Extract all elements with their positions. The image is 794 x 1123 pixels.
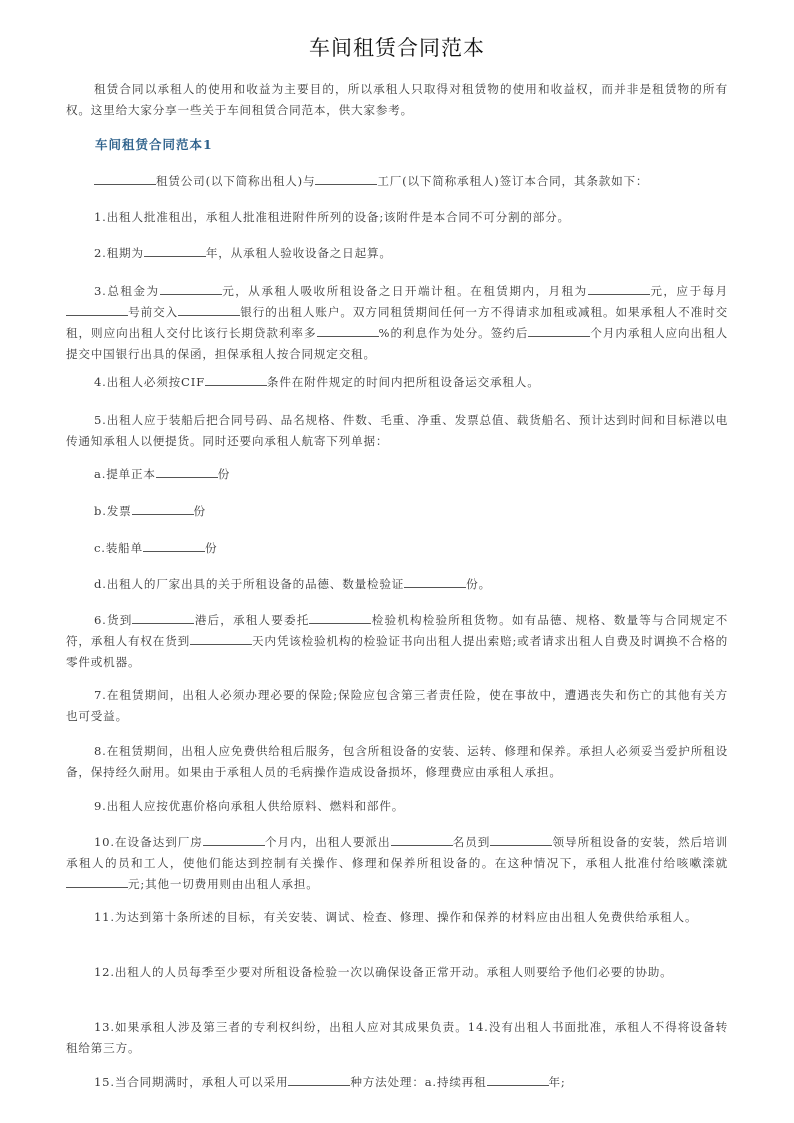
clause-text: 11.为达到第十条所述的目标，有关安装、调试、检查、修理、操作和保养的材料应由出… bbox=[94, 910, 697, 924]
clause-text: 份。 bbox=[466, 577, 491, 591]
clause-9: 9.出租人应按优惠价格向承租人供给原料、燃料和部件。 bbox=[66, 796, 728, 817]
clause-text: 份 bbox=[194, 504, 206, 518]
clause-text: 2.租期为 bbox=[94, 246, 144, 260]
clause-text: 15.当合同期满时，承租人可以采用 bbox=[94, 1075, 288, 1089]
clause-text: 工厂(以下简称承租人)签订本合同，其条款如下： bbox=[377, 174, 648, 188]
intro-paragraph: 租赁合同以承租人的使用和收益为主要目的，所以承租人只取得对租赁物的使用和收益权，… bbox=[66, 79, 728, 121]
clause-text: 港后，承租人要委托 bbox=[194, 613, 309, 627]
clause-3: 3.总租金为元，从承租人吸收所租设备之日开端计租。在租赁期内，月租为元，应于每月… bbox=[66, 281, 728, 365]
clause-text: 号前交入 bbox=[128, 305, 178, 319]
fill-in-blank bbox=[203, 833, 265, 846]
clause-text: 元，从承租人吸收所租设备之日开端计租。在租赁期内，月租为 bbox=[222, 284, 588, 298]
clause-text: d.出租人的厂家出具的关于所租设备的品德、数量检验证 bbox=[94, 577, 404, 591]
clause-text: b.发票 bbox=[94, 504, 132, 518]
fill-in-blank bbox=[309, 611, 371, 624]
clause-5b: b.发票份 bbox=[66, 501, 728, 522]
fill-in-blank bbox=[178, 303, 240, 316]
clause-5: 5.出租人应于装船后把合同号码、品名规格、件数、毛重、净重、发票总值、载货船名、… bbox=[66, 410, 728, 452]
clause-text: 8.在租赁期间，出租人应免费供给租后服务，包含所租设备的安装、运转、修理和保养。… bbox=[66, 744, 728, 779]
clause-6: 6.货到港后，承租人要委托检验机构检验所租货物。如有品德、规格、数量等与合同规定… bbox=[66, 610, 728, 673]
fill-in-blank bbox=[315, 172, 377, 185]
clause-text: 1.出租人批准租出，承租人批准租进附件所列的设备;该附件是本合同不可分割的部分。 bbox=[94, 210, 570, 224]
clause-text: 10.在设备达到厂房 bbox=[94, 835, 203, 849]
clause-text: 年; bbox=[549, 1075, 566, 1089]
fill-in-blank bbox=[66, 303, 128, 316]
fill-in-blank bbox=[317, 324, 379, 337]
clause-text: 份 bbox=[205, 541, 217, 555]
clause-text: 7.在租赁期间，出租人必须办理必要的保险;保险应包含第三者责任险，使在事故中，遭… bbox=[66, 688, 728, 723]
clause-text: 种方法处理：a.持续再租 bbox=[350, 1075, 486, 1089]
clause-5d: d.出租人的厂家出具的关于所租设备的品德、数量检验证份。 bbox=[66, 574, 728, 595]
document-title: 车间租赁合同范本 bbox=[0, 32, 794, 62]
clause-text: 元;其他一切费用则由出租人承担。 bbox=[128, 877, 319, 891]
document-page: 车间租赁合同范本 租赁合同以承租人的使用和收益为主要目的，所以承租人只取得对租赁… bbox=[0, 0, 794, 1123]
clause-11: 11.为达到第十条所述的目标，有关安装、调试、检查、修理、操作和保养的材料应由出… bbox=[66, 907, 728, 928]
clause-text: 名员到 bbox=[453, 835, 491, 849]
clause-7: 7.在租赁期间，出租人必须办理必要的保险;保险应包含第三者责任险，使在事故中，遭… bbox=[66, 685, 728, 727]
fill-in-blank bbox=[66, 875, 128, 888]
fill-in-blank bbox=[391, 833, 453, 846]
fill-in-blank bbox=[190, 632, 252, 645]
fill-in-blank bbox=[144, 244, 206, 257]
clause-text: 4.出租人必须按CIF bbox=[94, 375, 205, 389]
clause-13-14: 13.如果承租人涉及第三者的专利权纠纷，出租人应对其成果负责。14.没有出租人书… bbox=[66, 1017, 728, 1059]
fill-in-blank bbox=[205, 373, 267, 386]
clause-10: 10.在设备达到厂房个月内，出租人要派出名员到领导所租设备的安装，然后培训承租人… bbox=[66, 832, 728, 895]
fill-in-blank bbox=[143, 539, 205, 552]
fill-in-blank bbox=[404, 575, 466, 588]
clause-preamble: 租赁公司(以下简称出租人)与工厂(以下简称承租人)签订本合同，其条款如下： bbox=[66, 171, 728, 192]
clause-text: 3.总租金为 bbox=[94, 284, 160, 298]
clause-text: 13.如果承租人涉及第三者的专利权纠纷，出租人应对其成果负责。14.没有出租人书… bbox=[66, 1020, 728, 1055]
fill-in-blank bbox=[132, 502, 194, 515]
clause-8: 8.在租赁期间，出租人应免费供给租后服务，包含所租设备的安装、运转、修理和保养。… bbox=[66, 741, 728, 783]
fill-in-blank bbox=[132, 611, 194, 624]
clause-12: 12.出租人的人员每季至少要对所租设备检验一次以确保设备正常开动。承租人则要给予… bbox=[66, 962, 728, 983]
clause-4: 4.出租人必须按CIF条件在附件规定的时间内把所租设备运交承租人。 bbox=[66, 372, 728, 393]
clause-text: 9.出租人应按优惠价格向承租人供给原料、燃料和部件。 bbox=[94, 799, 404, 813]
clause-2: 2.租期为年，从承租人验收设备之日起算。 bbox=[66, 243, 728, 264]
fill-in-blank bbox=[160, 282, 222, 295]
clause-text: 份 bbox=[218, 467, 230, 481]
clause-15: 15.当合同期满时，承租人可以采用种方法处理：a.持续再租年; bbox=[66, 1072, 728, 1093]
clause-text: 年，从承租人验收设备之日起算。 bbox=[206, 246, 392, 260]
clause-text: 个月内，出租人要派出 bbox=[265, 835, 391, 849]
fill-in-blank bbox=[528, 324, 590, 337]
clause-text: 元，应于每月 bbox=[650, 284, 728, 298]
clause-text: %的利息作为处分。签约后 bbox=[379, 326, 529, 340]
fill-in-blank bbox=[94, 172, 156, 185]
clause-5a: a.提单正本份 bbox=[66, 464, 728, 485]
fill-in-blank bbox=[487, 1073, 549, 1086]
clause-5c: c.装船单份 bbox=[66, 538, 728, 559]
section-heading: 车间租赁合同范本1 bbox=[95, 135, 213, 153]
clause-text: c.装船单 bbox=[94, 541, 143, 555]
clause-1: 1.出租人批准租出，承租人批准租进附件所列的设备;该附件是本合同不可分割的部分。 bbox=[66, 207, 728, 228]
fill-in-blank bbox=[288, 1073, 350, 1086]
clause-text: 条件在附件规定的时间内把所租设备运交承租人。 bbox=[267, 375, 540, 389]
fill-in-blank bbox=[490, 833, 552, 846]
fill-in-blank bbox=[588, 282, 650, 295]
clause-text: 租赁公司(以下简称出租人)与 bbox=[156, 174, 315, 188]
clause-text: 6.货到 bbox=[94, 613, 132, 627]
fill-in-blank bbox=[156, 465, 218, 478]
clause-text: 12.出租人的人员每季至少要对所租设备检验一次以确保设备正常开动。承租人则要给予… bbox=[94, 965, 673, 979]
clause-text: a.提单正本 bbox=[94, 467, 156, 481]
clause-text: 5.出租人应于装船后把合同号码、品名规格、件数、毛重、净重、发票总值、载货船名、… bbox=[66, 413, 728, 448]
